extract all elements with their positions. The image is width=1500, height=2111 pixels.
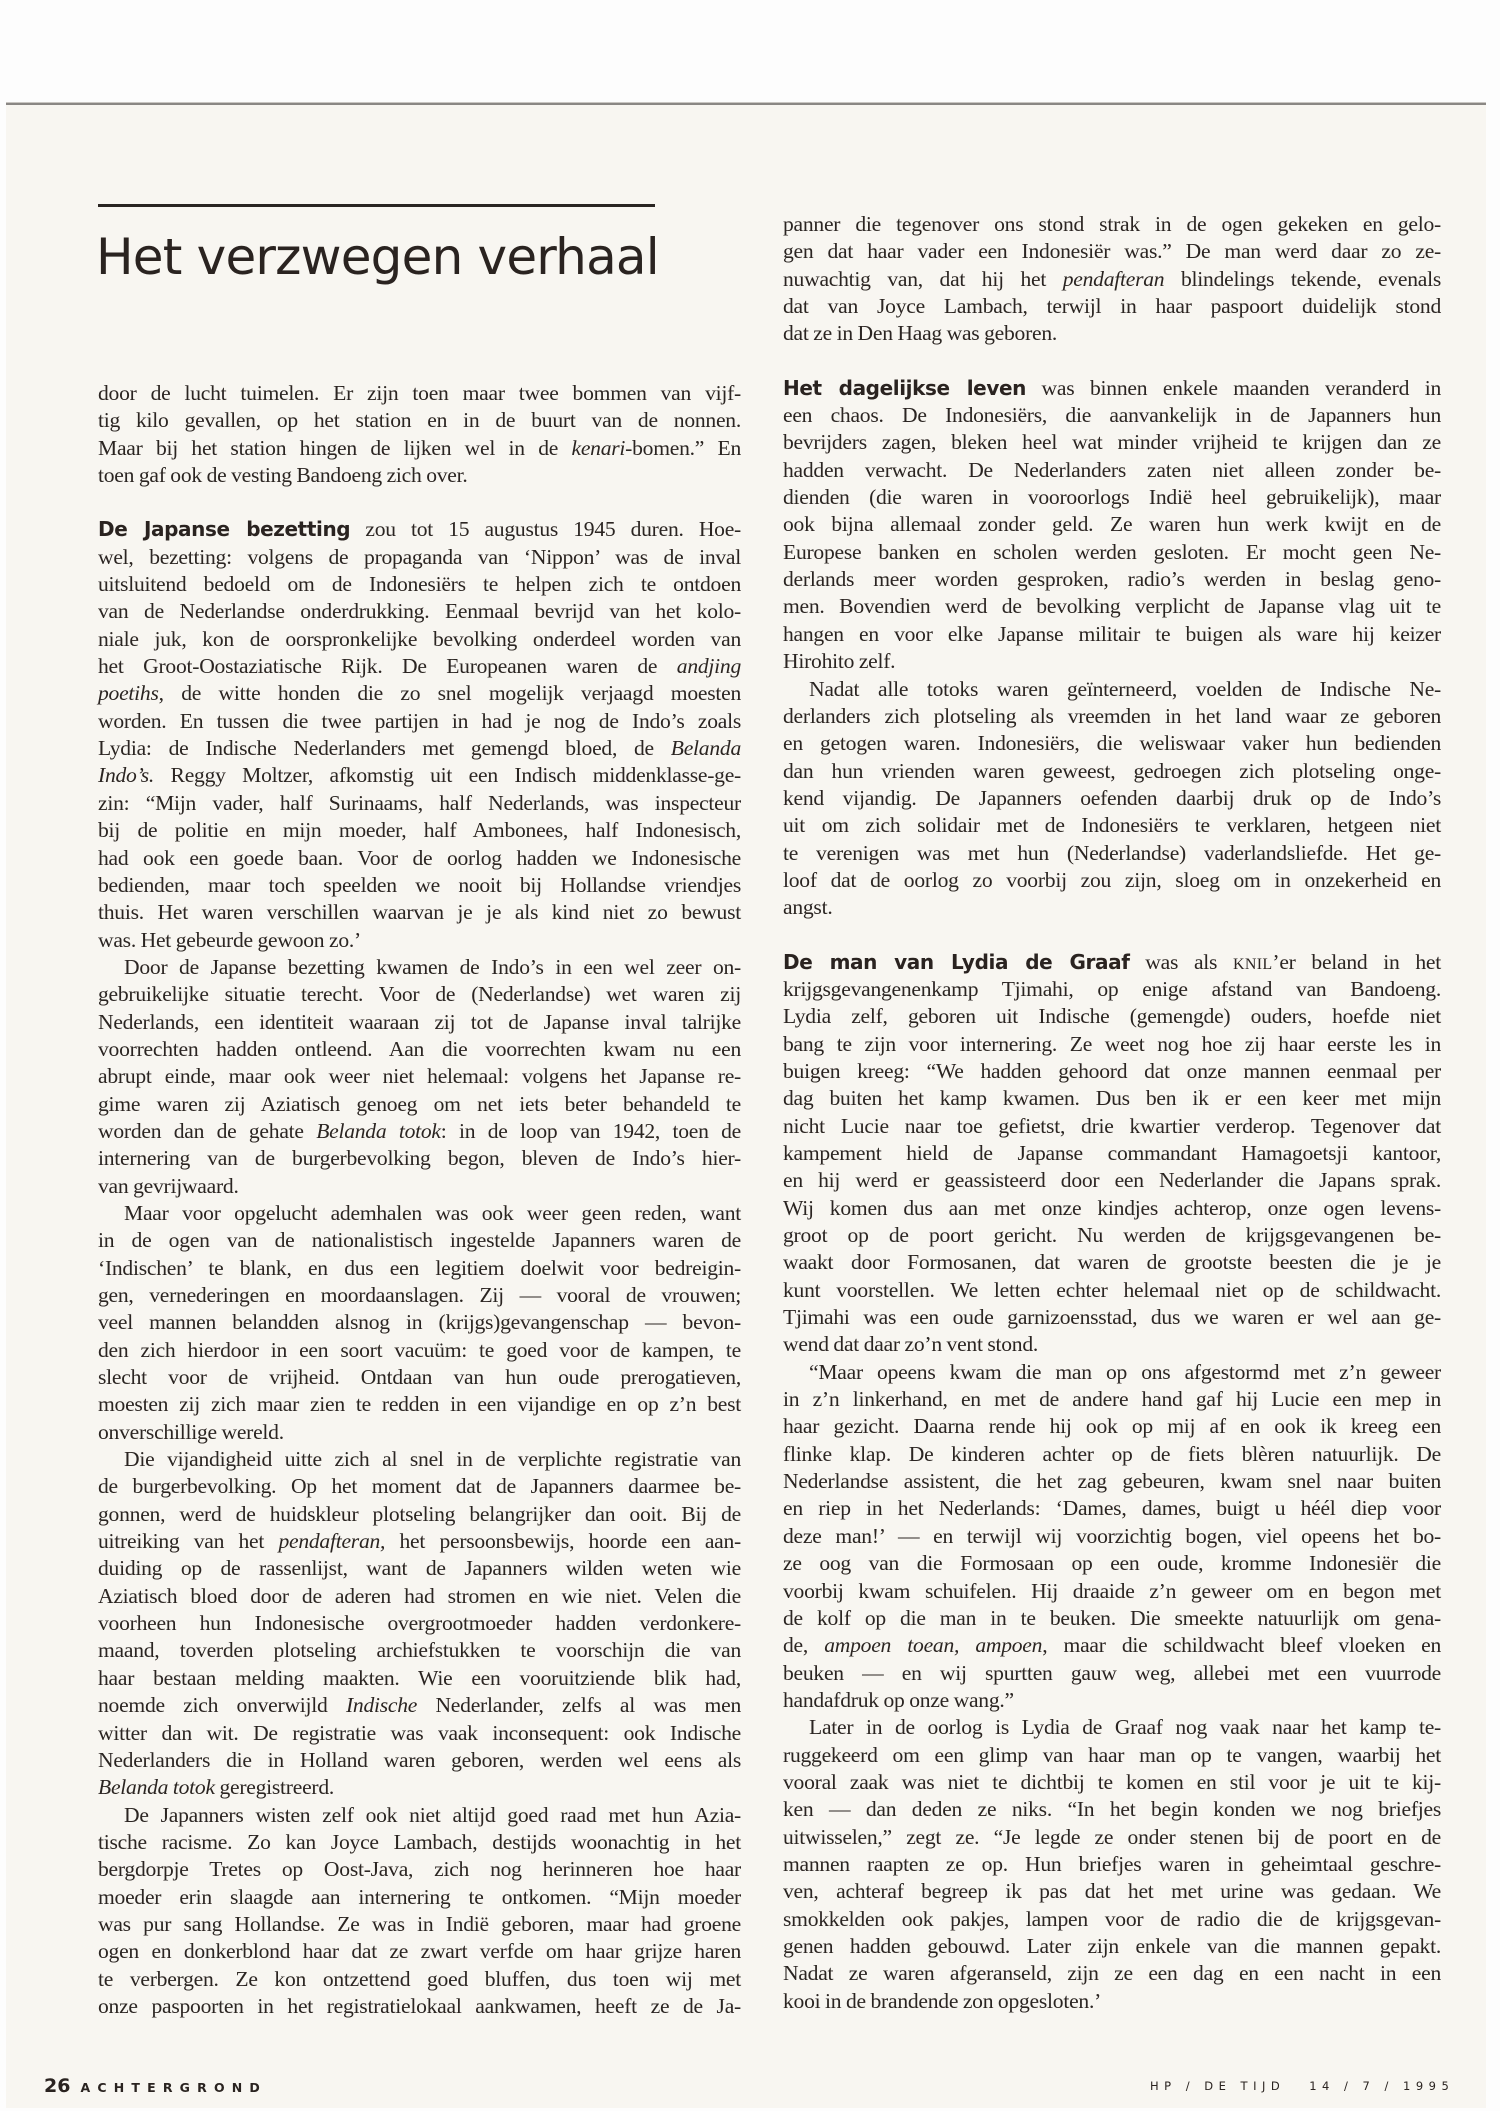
text-line: mannen raapten ze op. Hun briefjes waren… [783,1851,1441,1878]
text-run: : in de loop van 1942, toen de [441,1119,741,1143]
text-line: nuwachtig van, dat hij het pendafteran b… [783,266,1441,293]
text-line: onze paspoorten in het registratielokaal… [98,1993,741,2020]
paragraph: Door de Japanse bezetting kwamen de Indo… [98,954,741,1200]
text-line: angst. [783,894,1441,921]
text-line: handafdruk op onze wang.” [783,1687,1441,1714]
text-line: van de Nederlandse onderdrukking. Eenmaa… [98,598,741,625]
text-line: ven, achteraf begreep ik pas dat het met… [783,1878,1441,1905]
italic-term: poetihs [98,681,159,705]
text-line: bedienden, maar toch speelden we nooit b… [98,872,741,899]
text-line: noemde zich onverwijld Indische Nederlan… [98,1692,741,1719]
text-line: Nederlandse assistent, die het zag gebeu… [783,1468,1441,1495]
text-line: was pur sang Hollandse. Ze was in Indië … [98,1911,741,1938]
text-line: duiding op de rassenlijst, want de Japan… [98,1555,741,1582]
section-lead: De man van Lydia de Graaf [783,950,1130,974]
text-run: het persoonsbewijs, hoorde een aan- [385,1529,741,1553]
text-run: Maar bij het station hingen de lijken we… [98,436,571,460]
text-line: veel mannen belandden alsnog in (krijgs)… [98,1309,741,1336]
text-run: worden dan de gehate [98,1119,316,1143]
text-line: tig kilo gevallen, op het station en in … [98,407,741,434]
text-line: en getogen waren. Indonesiërs, die welis… [783,730,1441,757]
section-dagelijkse-leven: Het dagelijkse leven was binnen enkele m… [783,375,1441,676]
paragraph: De Japanners wisten zelf ook niet altijd… [98,1802,741,2021]
text-line: Later in de oorlog is Lydia de Graaf nog… [783,1714,1441,1741]
text-line: ken — dan deden ze niks. “In het begin k… [783,1796,1441,1823]
text-line: Nadat alle totoks waren geïnterneerd, vo… [783,676,1441,703]
text-line: vooral zaak was niet te dichtbij te kome… [783,1769,1441,1796]
text-line: ze oog van die Formosaan op een oude, kr… [783,1550,1441,1577]
text-line: genen hadden gebouwd. Later zijn enkele … [783,1933,1441,1960]
text-line: Maar voor opgelucht ademhalen was ook we… [98,1200,741,1227]
text-line: ook bijna allemaal zonder geld. Ze waren… [783,511,1441,538]
text-line: Lydia zelf, geboren uit Indische (gemeng… [783,1003,1441,1030]
text-line: Wij komen dus aan met onze kindjes achte… [783,1195,1441,1222]
text-line: door de lucht tuimelen. Er zijn toen maa… [98,380,741,407]
text-line: buigen kreeg: “We hadden gehoord dat onz… [783,1058,1441,1085]
page-footer-left: 26ACHTERGROND [44,2075,267,2097]
text-line: uit om zich solidair met de Indonesiërs … [783,812,1441,839]
italic-term: Indische [346,1693,417,1717]
page-number: 26 [44,2075,70,2097]
section-spacer [98,489,741,516]
text-line: haar bestaan melding maakten. Wie een vo… [98,1665,741,1692]
text-line: dan hun vrienden waren geweest, gedroege… [783,758,1441,785]
text-line: Nadat ze waren afgeranseld, zijn ze een … [783,1960,1441,1987]
text-line: Europese banken en scholen werden geslot… [783,539,1441,566]
text-line: voorbij kwam schuifelen. Hij draaide z’n… [783,1578,1441,1605]
text-run: noemde zich onverwijld [98,1693,346,1717]
text-line: kunt voorstellen. We letten echter helem… [783,1277,1441,1304]
text-line: kend vijandig. De Japanners oefenden daa… [783,785,1441,812]
text-line: wel, bezetting: volgens de propaganda va… [98,544,741,571]
text-line: en riep in het Nederlands: ‘Dames, dames… [783,1495,1441,1522]
text-line: kooi in de brandende zon opgesloten.’ [783,1988,1441,2015]
text-line: de, ampoen toean, ampoen, maar die schil… [783,1632,1441,1659]
text-line: Maar bij het station hingen de lijken we… [98,435,741,462]
italic-term: andjing [677,654,741,678]
text-run: nuwachtig van, dat hij het [783,267,1063,291]
paragraph: Nadat alle totoks waren geïnterneerd, vo… [783,676,1441,922]
section-lead: De Japanse bezetting [98,517,350,541]
text-line: den zich hierdoor in een soort vacuüm: t… [98,1337,741,1364]
text-run: blindelings tekende, evenals [1164,267,1441,291]
text-line: voorheen hun Indonesische overgrootmoede… [98,1610,741,1637]
text-line: de burgerbevolking. Op het moment dat de… [98,1473,741,1500]
text-run: Nederlander, zelfs al was men [417,1693,741,1717]
text-line: te verenigen was met hun (Nederlandse) v… [783,840,1441,867]
text-run: KNIL [1233,956,1272,973]
text-line: Die vijandigheid uitte zich al snel in d… [98,1446,741,1473]
text-line: haar gezicht. Daarna rende hij ook op mi… [783,1413,1441,1440]
text-line: waakt door Formosanen, dat waren de groo… [783,1249,1441,1276]
text-line: nicht Lucie naar toe gefietst, drie kwar… [783,1113,1441,1140]
text-line: niale juk, kon de oorspronkelijke bevolk… [98,626,741,653]
text-line: van gevrijwaard. [98,1173,741,1200]
paragraph: Die vijandigheid uitte zich al snel in d… [98,1446,741,1801]
paragraph: Later in de oorlog is Lydia de Graaf nog… [783,1714,1441,2015]
text-line: De Japanners wisten zelf ook niet altijd… [98,1802,741,1829]
text-line: gen, vernederingen en moordaanslagen. Zi… [98,1282,741,1309]
text-line: De Japanse bezetting zou tot 15 augustus… [98,516,741,543]
text-line: Belanda totok geregistreerd. [98,1774,741,1801]
italic-term: Belanda totok [316,1119,441,1143]
text-line: was. Het gebeurde gewoon zo.’ [98,927,741,954]
text-line: Het dagelijkse leven was binnen enkele m… [783,375,1441,402]
text-line: internering van de burgerbevolking begon… [98,1145,741,1172]
text-line: een chaos. De Indonesiërs, die aanvankel… [783,402,1441,429]
text-line: dienden (die waren in vooroorlogs Indië … [783,484,1441,511]
text-run: ’er beland in het [1272,950,1441,974]
text-run: , maar die schildwacht bleef vloeken en [1042,1633,1441,1657]
text-run: was als [1130,950,1233,974]
text-line: ruggekeerd om een glimp van haar man op … [783,1742,1441,1769]
text-line: Tjimahi was een oude garnizoensstad, dus… [783,1304,1441,1331]
text-line: had ook een goede baan. Voor de oorlog h… [98,845,741,872]
text-line: witter dan wit. De registratie was vaak … [98,1720,741,1747]
issue-date: 14 / 7 / 1995 [1309,2079,1454,2093]
text-line: loof dat de oorlog zo voorbij zou zijn, … [783,867,1441,894]
text-line: maand, toverden plotseling archiefstukke… [98,1637,741,1664]
text-line: in z’n linkerhand, en met de andere hand… [783,1386,1441,1413]
italic-term: kenari [571,436,625,460]
text-line: “Maar opeens kwam die man op ons afgesto… [783,1359,1441,1386]
text-line: flinke klap. De kinderen achter op de fi… [783,1441,1441,1468]
italic-term: pendafteran, [278,1529,385,1553]
text-line: dag buiten het kamp kwamen. Dus ben ik e… [783,1085,1441,1112]
text-line: Hirohito zelf. [783,648,1441,675]
italic-term: pendafteran [1063,267,1165,291]
text-line: gebruikelijke situatie terecht. Voor de … [98,981,741,1008]
text-line: uitsluitend bedoeld om de Indonesiërs te… [98,571,741,598]
text-line: smokkelden ook pakjes, lampen voor de ra… [783,1906,1441,1933]
text-line: moesten zij zich maar zien te redden in … [98,1391,741,1418]
section-japanse-bezetting: De Japanse bezetting zou tot 15 augustus… [98,516,741,954]
page-footer-right: HP / DE TIJD14 / 7 / 1995 [1150,2079,1454,2093]
text-run: het Groot-Oostaziatische Rijk. De Europe… [98,654,677,678]
article-title: Het verzwegen verhaal [96,222,659,292]
text-line: dat van Joyce Lambach, terwijl in haar p… [783,293,1441,320]
text-line: uitwisselen,” zegt ze. “Je legde ze onde… [783,1824,1441,1851]
text-line: De man van Lydia de Graaf was als KNIL’e… [783,949,1441,976]
italic-term: Belanda totok [98,1775,215,1799]
text-line: hadden verwacht. De Nederlanders zaten n… [783,457,1441,484]
text-line: moeder erin slaagde aan internering te o… [98,1884,741,1911]
text-run: -bomen.” En [625,436,741,460]
text-run: Lydia: de Indische Nederlanders met geme… [98,736,671,760]
text-line: slecht voor de vrijheid. Ontdaan van hun… [98,1364,741,1391]
paragraph: “Maar opeens kwam die man op ons afgesto… [783,1359,1441,1714]
paragraph: door de lucht tuimelen. Er zijn toen maa… [98,380,741,489]
text-run: , de witte honden die zo snel mogelijk v… [159,681,741,705]
text-run: de, [783,1633,824,1657]
text-line: in de ogen van de nationalistisch ingest… [98,1227,741,1254]
text-line: worden. En tussen die twee partijen in h… [98,708,741,735]
text-line: het Groot-Oostaziatische Rijk. De Europe… [98,653,741,680]
text-line: onverschillige wereld. [98,1419,741,1446]
text-line: thuis. Het waren verschillen waarvan je … [98,899,741,926]
text-run: Reggy Moltzer, afkomstig uit een Indisch… [154,763,741,787]
text-line: krijgsgevangenenkamp Tjimahi, op enige a… [783,976,1441,1003]
text-line: panner die tegenover ons stond strak in … [783,211,1441,238]
text-line: bevrijders zagen, bleken heel wat minder… [783,429,1441,456]
text-line: kampement hield de Japanse commandant Ha… [783,1140,1441,1167]
section-lead: Het dagelijkse leven [783,376,1026,400]
publication-name: HP / DE TIJD [1150,2079,1285,2093]
text-line: gen dat haar vader een Indonesiër was.” … [783,238,1441,265]
paragraph: panner die tegenover ons stond strak in … [783,211,1441,348]
text-run: was binnen enkele maanden veranderd in [1026,376,1441,400]
text-line: abrupt einde, maar ook weer niet helemaa… [98,1063,741,1090]
text-line: Nederlanders die in Holland waren gebore… [98,1747,741,1774]
text-line: Door de Japanse bezetting kwamen de Indo… [98,954,741,981]
text-line: hangen en voor elke Japanse militair te … [783,621,1441,648]
italic-term: Belanda [671,736,741,760]
text-run: geregistreerd. [215,1775,334,1799]
text-line: gime waren zij Aziatisch genoeg om net i… [98,1091,741,1118]
text-line: wend dat daar zo’n vent stond. [783,1331,1441,1358]
text-line: derlands meer worden gesproken, radio’s … [783,566,1441,593]
text-line: Nederlands, een identiteit waaraan zij t… [98,1009,741,1036]
section-spacer [783,348,1441,375]
text-line: zin: “Mijn vader, half Surinaams, half N… [98,790,741,817]
text-line: men. Bovendien werd de bevolking verplic… [783,593,1441,620]
text-line: tische racisme. Zo kan Joyce Lambach, de… [98,1829,741,1856]
text-line: uitreiking van het pendafteran, het pers… [98,1528,741,1555]
text-line: voorrechten hadden ontleend. Aan die voo… [98,1036,741,1063]
text-line: groot op de poort gericht. Nu werden de … [783,1222,1441,1249]
text-line: bij de politie en mijn moeder, half Ambo… [98,817,741,844]
text-line: Lydia: de Indische Nederlanders met geme… [98,735,741,762]
section-spacer [783,922,1441,949]
text-line: Aziatisch bloed door de aderen had strom… [98,1583,741,1610]
left-column: door de lucht tuimelen. Er zijn toen maa… [98,380,741,2020]
text-line: dat ze in Den Haag was geboren. [783,320,1441,347]
text-line: bang te zijn voor internering. Ze weet n… [783,1031,1441,1058]
italic-term: Indo’s. [98,763,154,787]
right-column: panner die tegenover ons stond strak in … [783,211,1441,2015]
section-man-van-lydia: De man van Lydia de Graaf was als KNIL’e… [783,949,1441,1359]
text-line: en hij werd er geassisteerd door een Ned… [783,1167,1441,1194]
text-line: ogen en donkerblond haar dat ze zwart ve… [98,1938,741,1965]
text-line: te verbergen. Ze kon ontzettend goed blu… [98,1966,741,1993]
text-run: uitreiking van het [98,1529,278,1553]
section-label: ACHTERGROND [80,2080,267,2095]
text-line: poetihs, de witte honden die zo snel mog… [98,680,741,707]
text-line: worden dan de gehate Belanda totok: in d… [98,1118,741,1145]
text-line: deze man!’ — en terwijl wij voorzichtig … [783,1523,1441,1550]
text-line: Indo’s. Reggy Moltzer, afkomstig uit een… [98,762,741,789]
text-line: ‘Indischen’ te blank, en dus een legitie… [98,1255,741,1282]
text-run: zou tot 15 augustus 1945 duren. Hoe- [350,517,741,541]
text-line: derlanders zich plotseling als vreemden … [783,703,1441,730]
text-line: bergdorpje Tretes op Oost-Java, zich nog… [98,1856,741,1883]
title-rule [98,204,655,207]
text-line: toen gaf ook de vesting Bandoeng zich ov… [98,462,741,489]
text-line: de kolf op die man in te beuken. Die sme… [783,1605,1441,1632]
paragraph: Maar voor opgelucht ademhalen was ook we… [98,1200,741,1446]
italic-term: ampoen toean, ampoen [824,1633,1042,1657]
text-line: gonnen, werd de huidskleur plotseling be… [98,1501,741,1528]
text-line: beuken — en wij spurtten gauw weg, alleb… [783,1660,1441,1687]
